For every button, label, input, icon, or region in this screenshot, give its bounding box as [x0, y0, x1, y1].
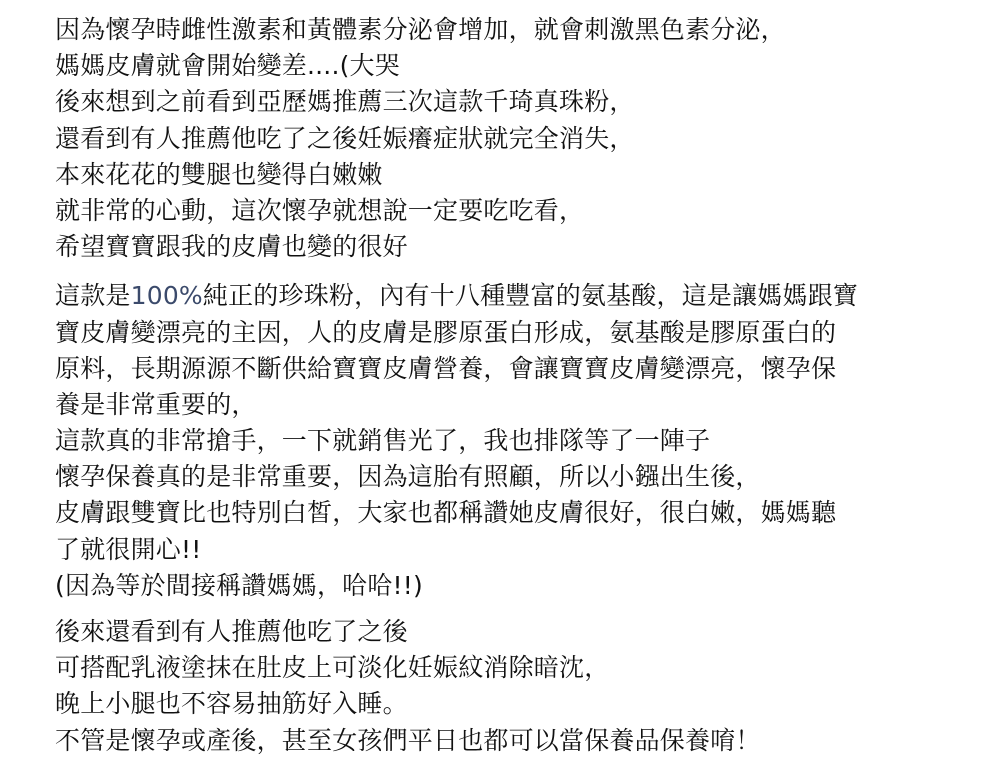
text-line: 養是非常重要的， — [55, 387, 975, 423]
text-segment: 純正的珍珠粉，內有十八種豐富的氨基酸，這是讓媽媽跟寶 — [203, 281, 858, 310]
text-line: 媽媽皮膚就會開始變差....(大哭 — [55, 48, 975, 84]
text-line-with-highlight: 這款是100%純正的珍珠粉，內有十八種豐富的氨基酸，這是讓媽媽跟寶 — [55, 278, 975, 314]
text-line: 懷孕保養真的是非常重要，因為這胎有照顧，所以小鏹出生後， — [55, 459, 975, 495]
text-line: 可搭配乳液塗抹在肚皮上可淡化妊娠紋消除暗沈， — [55, 650, 975, 686]
paragraph-1: 因為懷孕時雌性激素和黃體素分泌會增加，就會刺激黑色素分泌， 媽媽皮膚就會開始變差… — [55, 12, 975, 265]
text-line: 皮膚跟雙寶比也特別白皙，大家也都稱讚她皮膚很好，很白嫩，媽媽聽 — [55, 495, 975, 531]
text-line: 晚上小腿也不容易抽筋好入睡。 — [55, 686, 975, 722]
text-line: 這款真的非常搶手，一下就銷售光了，我也排隊等了一陣子 — [55, 423, 975, 459]
text-line: 就非常的心動，這次懷孕就想說一定要吃吃看， — [55, 193, 975, 229]
text-line: 寶皮膚變漂亮的主因，人的皮膚是膠原蛋白形成，氨基酸是膠原蛋白的 — [55, 315, 975, 351]
post-body: 因為懷孕時雌性激素和黃體素分泌會增加，就會刺激黑色素分泌， 媽媽皮膚就會開始變差… — [55, 12, 975, 759]
text-line: 後來想到之前看到亞歷媽推薦三次這款千琦真珠粉， — [55, 84, 975, 120]
text-line: 還看到有人推薦他吃了之後妊娠癢症狀就完全消失， — [55, 121, 975, 157]
text-line: 本來花花的雙腿也變得白嫩嫩 — [55, 157, 975, 193]
text-line: 因為懷孕時雌性激素和黃體素分泌會增加，就會刺激黑色素分泌， — [55, 12, 975, 48]
text-line: 了就很開心!! — [55, 532, 975, 568]
paragraph-2: 這款是100%純正的珍珠粉，內有十八種豐富的氨基酸，這是讓媽媽跟寶 寶皮膚變漂亮… — [55, 278, 975, 604]
text-line: 後來還看到有人推薦他吃了之後 — [55, 614, 975, 650]
text-line: 原料，長期源源不斷供給寶寶皮膚營養，會讓寶寶皮膚變漂亮，懷孕保 — [55, 351, 975, 387]
text-line: 不管是懷孕或產後，甚至女孩們平日也都可以當保養品保養唷！ — [55, 723, 975, 759]
text-line: 希望寶寶跟我的皮膚也變的很好 — [55, 229, 975, 265]
percentage-highlight: 100% — [131, 281, 203, 310]
paragraph-3: 後來還看到有人推薦他吃了之後 可搭配乳液塗抹在肚皮上可淡化妊娠紋消除暗沈， 晚上… — [55, 614, 975, 759]
text-segment: 這款是 — [55, 281, 131, 310]
text-line: (因為等於間接稱讚媽媽，哈哈!!) — [55, 568, 975, 604]
